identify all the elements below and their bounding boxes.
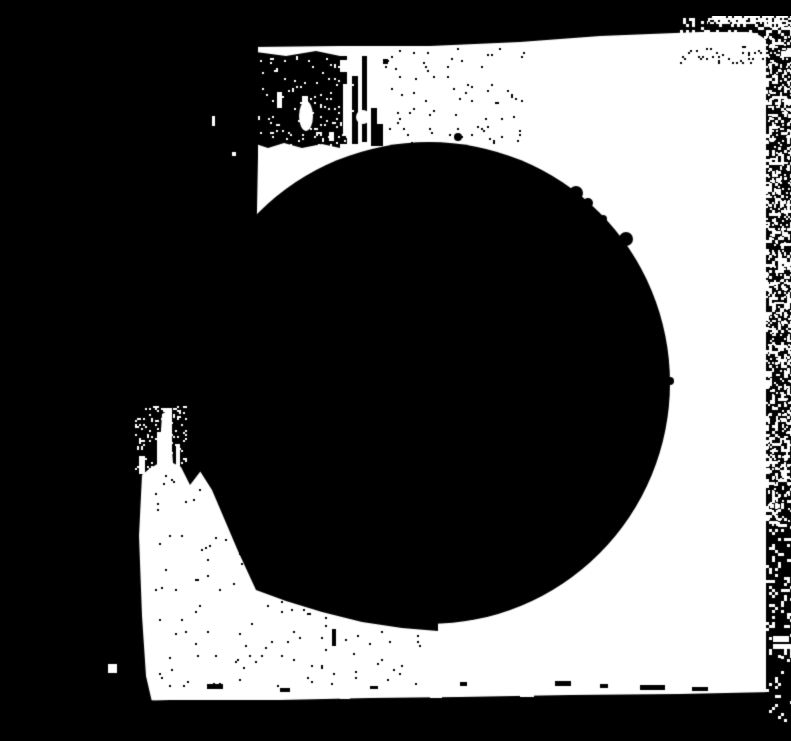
binarized-photo [40,16,791,725]
binarized-photo-canvas [40,16,791,725]
